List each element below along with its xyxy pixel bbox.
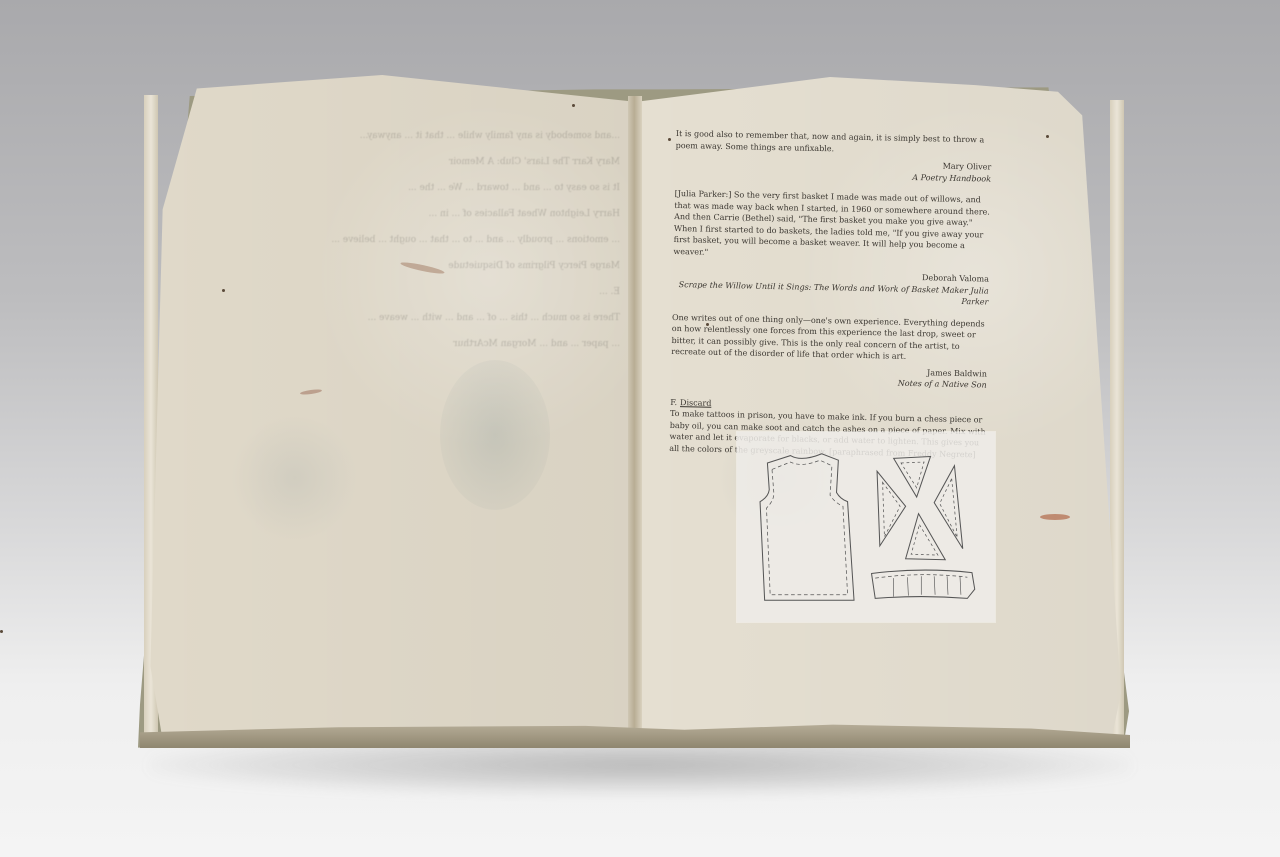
paper-speck (572, 104, 575, 107)
right-page-text: It is good also to remember that, now an… (669, 128, 992, 461)
fiber-inclusion (1040, 514, 1070, 520)
water-stain (440, 360, 550, 510)
ghost-line: ... emotions ... proudly ... and ... to … (250, 234, 620, 246)
book-gutter (628, 96, 642, 746)
section-title: Discard (680, 398, 711, 408)
ghost-line: ... paper ... and ... Morgan McArthur (250, 338, 620, 350)
paper-speck (0, 630, 3, 633)
ghost-line: Mary Karr The Liars' Club: A Memoir (250, 156, 620, 168)
tracing-paper-drawing (737, 432, 995, 622)
ghost-line: ...and somebody is any family while ... … (250, 130, 620, 142)
pleated-band-icon (872, 570, 975, 598)
paper-speck (222, 289, 225, 292)
triangle-gussets-icon (877, 457, 963, 560)
ghost-line: Harry Leighton Wheat Fallacies of ... in… (250, 208, 620, 220)
ghost-line: There is so much ... this ... of ... and… (250, 312, 620, 324)
quote-text: One writes out of one thing only—one's o… (671, 311, 988, 364)
pattern-sketch (737, 432, 995, 622)
shirt-body-icon (760, 454, 854, 601)
section-prefix: F. (670, 396, 677, 408)
paper-speck (668, 138, 671, 141)
show-through-text: ...and somebody is any family while ... … (250, 130, 620, 364)
paper-speck (1046, 135, 1049, 138)
ghost-line: E. ... (250, 286, 620, 298)
ghost-line: It is so easy to ... and ... toward ... … (250, 182, 620, 194)
quote-text: [Julia Parker:] So the very first basket… (673, 188, 990, 264)
